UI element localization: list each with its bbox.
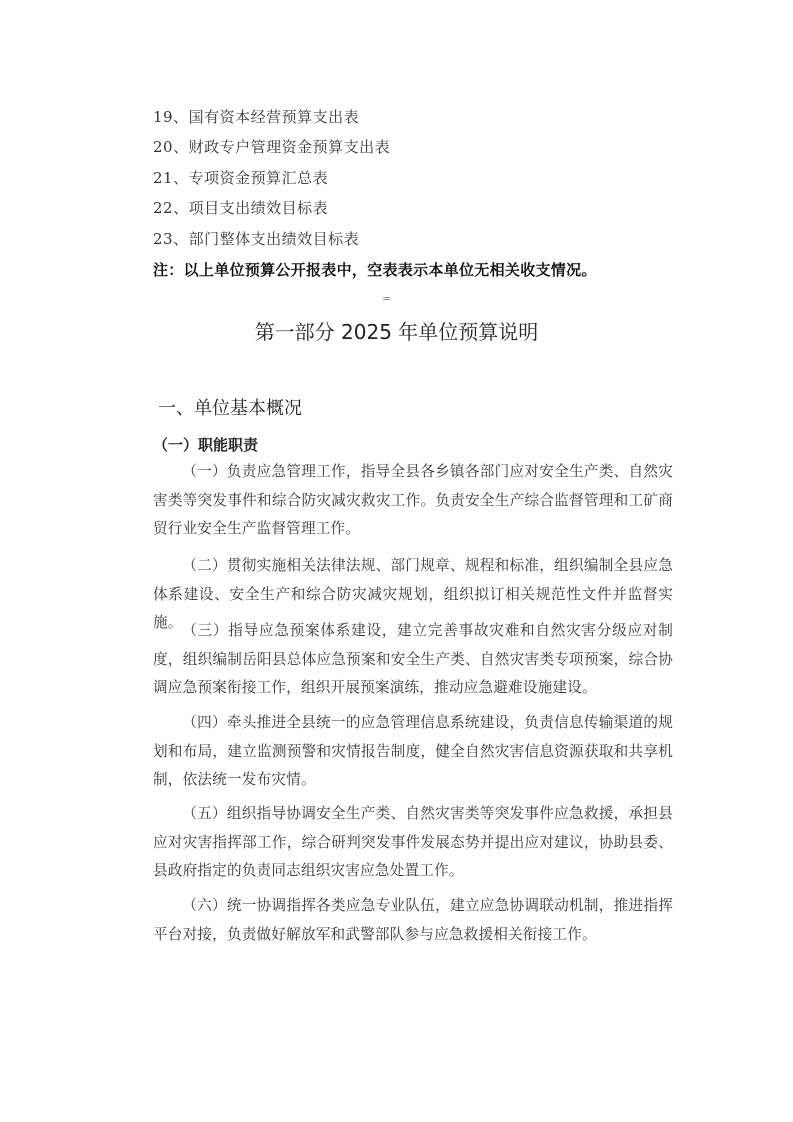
subsection-heading: （一）职能职责 [153,434,258,455]
paragraph: （四）牵头推进全县统一的应急管理信息系统建设，负责信息传输渠道的规划和布局，建立… [153,709,673,795]
section-heading: 一、单位基本概况 [158,394,302,420]
part-title: 第一部分 2025 年单位预算说明 [0,316,793,345]
document-page: 19、国有资本经营预算支出表 20、财政专户管理资金预算支出表 21、专项资金预… [0,0,793,1122]
paragraph: （五）组织指导协调安全生产类、自然灾害类等突发事件应急救援，承担县应对灾害指挥部… [153,800,673,886]
paragraph: （一）负责应急管理工作，指导全县各乡镇各部门应对安全生产类、自然灾害类等突发事件… [153,458,673,544]
list-item: 22、项目支出绩效目标表 [153,198,328,218]
note-text: 注：以上单位预算公开报表中，空表表示本单位无相关收支情况。 [153,259,597,280]
paragraph: （六）统一协调指挥各类应急专业队伍，建立应急协调联动机制，推进指挥平台对接，负责… [153,892,673,949]
separator-mark: = [382,292,391,305]
list-item: 23、部门整体支出绩效目标表 [153,229,359,249]
list-item: 21、专项资金预算汇总表 [153,168,328,188]
paragraph: （三）指导应急预案体系建设，建立完善事故灾难和自然灾害分级应对制度，组织编制岳阳… [153,617,673,703]
list-item: 20、财政专户管理资金预算支出表 [153,137,390,157]
list-item: 19、国有资本经营预算支出表 [153,107,359,127]
